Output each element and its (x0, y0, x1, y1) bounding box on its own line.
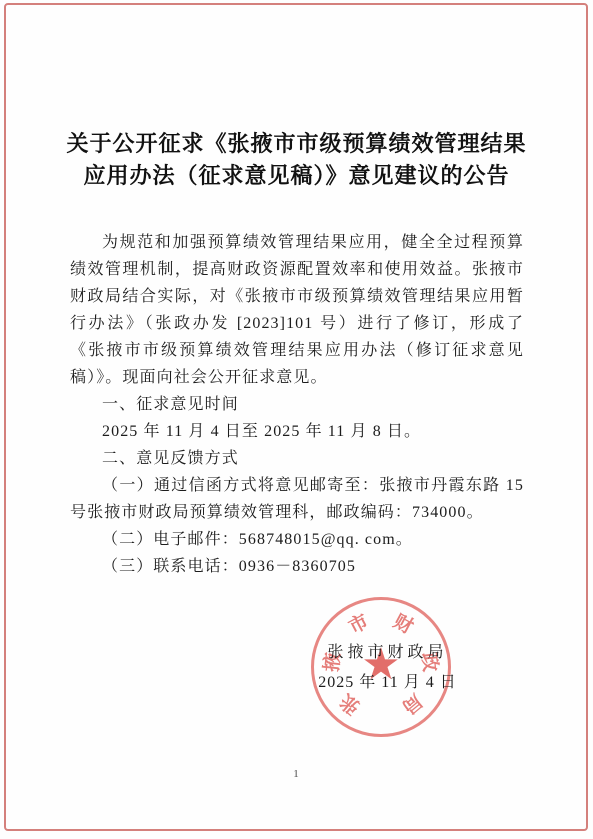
signature-organization: 张掖市财政局 (300, 638, 475, 668)
body-paragraph-section1-heading: 一、征求意见时间 (70, 391, 524, 418)
signature-block: 张掖市财政局 2025 年 11 月 4 日 (300, 638, 475, 698)
body-paragraph-section2-heading: 二、意见反馈方式 (70, 445, 524, 472)
announcement-title-line2: 应用办法（征求意见稿）》意见建议的公告 (38, 160, 555, 192)
page-number: 1 (0, 768, 593, 780)
announcement-body: 为规范和加强预算绩效管理结果应用，健全全过程预算绩效管理机制，提高财政资源配置效… (70, 229, 524, 580)
announcement-title-line1: 关于公开征求《张掖市市级预算绩效管理结果 (38, 128, 555, 160)
body-paragraph-time-range: 2025 年 11 月 4 日至 2025 年 11 月 8 日。 (70, 418, 524, 445)
body-paragraph-email: （二）电子邮件：568748015@qq. com。 (70, 526, 524, 553)
seal-arc-char: 市 (343, 606, 372, 639)
seal-arc-char: 财 (390, 606, 419, 639)
announcement-title: 关于公开征求《张掖市市级预算绩效管理结果 应用办法（征求意见稿）》意见建议的公告 (38, 128, 555, 192)
body-paragraph-intro: 为规范和加强预算绩效管理结果应用，健全全过程预算绩效管理机制，提高财政资源配置效… (70, 229, 524, 391)
signature-date: 2025 年 11 月 4 日 (300, 668, 475, 698)
document-page: 关于公开征求《张掖市市级预算绩效管理结果 应用办法（征求意见稿）》意见建议的公告… (0, 0, 593, 839)
body-paragraph-mail-address: （一）通过信函方式将意见邮寄至：张掖市丹霞东路 15 号张掖市财政局预算绩效管理… (70, 472, 524, 526)
body-paragraph-phone: （三）联系电话：0936－8360705 (70, 553, 524, 580)
